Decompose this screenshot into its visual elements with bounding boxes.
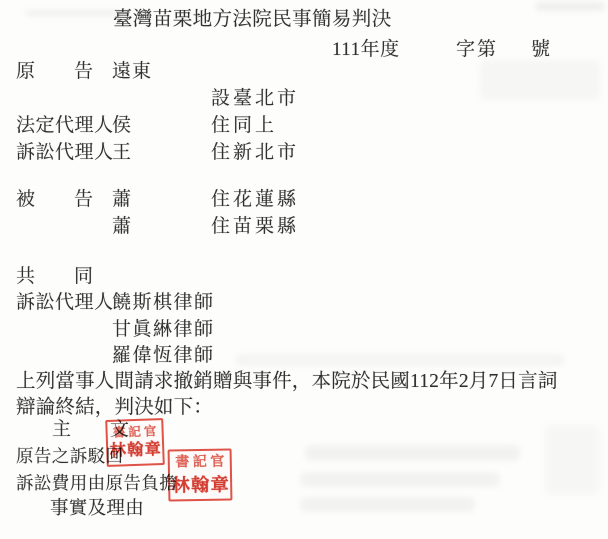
defendant-label-left: 被: [16, 190, 36, 211]
litigation-rep-address: 住新北市: [211, 143, 299, 164]
clerk-seal-stamp-2: 書記官 林翰章: [168, 448, 233, 501]
plaintiff-name: 遠東: [112, 62, 152, 83]
legal-rep-name: 侯: [112, 116, 132, 137]
joint-litigation-rep-label: 訴訟代理人: [16, 293, 114, 314]
case-year-term: 111年度: [332, 40, 400, 61]
stamp-name-text: 林翰章: [172, 475, 231, 494]
defendant1-name: 蕭: [112, 190, 132, 211]
lawyer-name-1: 饒斯棋律師: [112, 293, 215, 314]
main-text-heading-left: 主: [52, 420, 72, 441]
plaintiff-address: 設臺北市: [211, 89, 299, 110]
defendant1-address: 住花蓮縣: [211, 190, 299, 211]
preamble-line-2: 辯論終結，判決如下：: [16, 397, 213, 418]
facts-heading: 事實及理由: [50, 499, 144, 519]
stamp-title-text: 書記官: [175, 456, 228, 471]
case-number-suffix: 號: [531, 40, 551, 61]
scan-artifact: [545, 425, 600, 495]
scan-artifact: [235, 354, 565, 366]
stamp-title-text: 書記官: [113, 425, 160, 439]
scan-artifact: [305, 445, 520, 461]
joint-label-right: 同: [74, 267, 94, 288]
legal-rep-label: 法定代理人: [16, 116, 114, 137]
joint-label-left: 共: [16, 267, 36, 288]
plaintiff-label-left: 原: [16, 62, 36, 83]
litigation-rep-label: 訴訟代理人: [16, 143, 114, 164]
clerk-seal-stamp-1: 書記官 林翰章: [105, 418, 165, 467]
scan-artifact: [300, 472, 500, 487]
defendant-label-right: 告: [74, 190, 94, 211]
ruling-line-2: 訴訟費用由原告負擔: [16, 474, 177, 493]
lawyer-name-3: 羅偉恆律師: [112, 346, 215, 367]
case-word-no: 字第: [456, 40, 498, 61]
defendant2-address: 住苗栗縣: [211, 217, 299, 238]
lawyer-name-2: 甘眞綝律師: [112, 320, 215, 341]
litigation-rep-name: 王: [112, 143, 132, 164]
stamp-name-text: 林翰章: [110, 442, 163, 460]
preamble-line-1: 上列當事人間請求撤銷贈與事件，本院於民國112年2月7日言詞: [16, 371, 558, 392]
judgment-document-page: 臺灣苗栗地方法院民事簡易判決 111年度 字第 號 原 告 遠東 設臺北市 法定…: [0, 0, 608, 539]
scan-artifact: [535, 2, 605, 11]
defendant2-name: 蕭: [112, 217, 132, 238]
plaintiff-label-right: 告: [74, 62, 94, 83]
scan-artifact: [480, 60, 600, 100]
legal-rep-address: 住同上: [211, 116, 277, 137]
scan-artifact: [25, 10, 120, 16]
scan-artifact: [300, 497, 475, 512]
court-title: 臺灣苗栗地方法院民事簡易判決: [113, 9, 392, 30]
